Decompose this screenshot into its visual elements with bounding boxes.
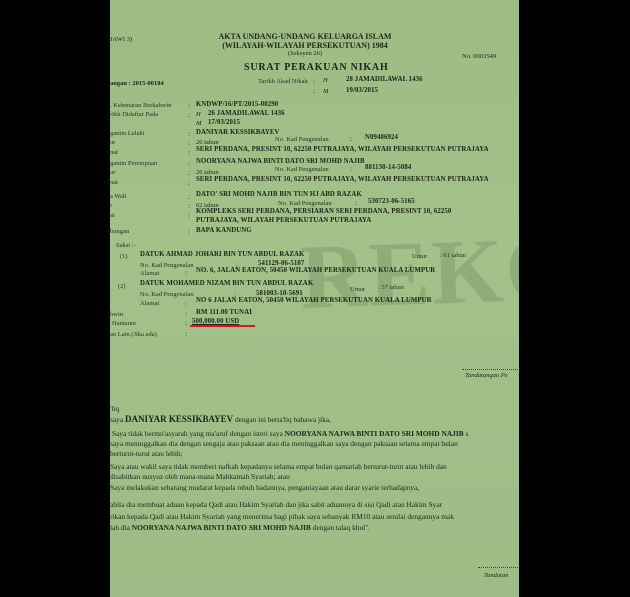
- groom-label: gantin Lelaki: [110, 130, 144, 137]
- witness-name: DATUK MOHAMED NIZAM BIN TUN ABDUL RAZAK: [140, 280, 313, 287]
- groom-name: DANIYAR KESSIKBAYEV: [196, 129, 280, 136]
- akad-date-label: Tarikh Akad Nikah: [258, 78, 308, 85]
- red-highlight-underline: [190, 325, 255, 327]
- hantaran-value: 500,000.00 USD: [192, 318, 239, 325]
- groom-name-bold: DANIYAR KESSIKBAYEV: [125, 414, 233, 424]
- mas-kahwin-label: hwin: [110, 311, 123, 318]
- taliq-clause-3: Saya melakukan sebarang mudarat kepada t…: [110, 483, 419, 492]
- registered-label: rikh Didaftar Pada: [110, 111, 158, 118]
- bride-address: SERI PERDANA, PRESINT 10, 62250 PUTRAJAY…: [196, 176, 489, 183]
- witness-ic: 581003-10-5691: [256, 290, 303, 297]
- signature-line-2: [478, 567, 519, 568]
- wali-ic: 530723-06-5165: [368, 198, 415, 205]
- taliq-clause-2: Saya atau wakil saya tidak memberi nafka…: [110, 462, 447, 471]
- registered-masihi: 17/03/2015: [208, 119, 240, 126]
- wali-address-line1: KOMPLEKS SERI PERDANA, PERSIARAN SERI PE…: [196, 208, 451, 215]
- permission-value: KNDWP/16/PT/2015-00290: [196, 101, 278, 108]
- witness-ic: 541129-06-5107: [258, 260, 304, 267]
- registration-number: angan : 2015-00184: [110, 80, 164, 87]
- form-code: JAWI 3): [110, 36, 132, 43]
- relation-value: BAPA KANDUNG: [196, 227, 252, 234]
- taliq-heading: 'liq: [110, 404, 119, 413]
- act-section: (Seksyen 26): [205, 50, 405, 57]
- signature-line: [462, 369, 519, 370]
- act-title-line2: (WILAYAH-WILAYAH PERSEKUTUAN) 1984: [205, 41, 405, 50]
- marriage-certificate-page: REKOD JAWI 3) AKTA UNDANG-UNDANG KELUARG…: [110, 0, 519, 597]
- mas-kahwin-value: RM 111.00 TUNAI: [196, 309, 252, 316]
- bride-age: 26 tahun: [196, 169, 219, 176]
- serial-number: No. 0003549: [462, 53, 496, 60]
- witness-name: DATUK AHMAD JOHARI BIN TUN ABDUL RAZAK: [140, 251, 304, 258]
- taliq-clause-1: Saya tidak bermu'asyarah yang ma'aruf de…: [112, 429, 468, 438]
- bride-name: NOORYANA NAJWA BINTI DATO SRI MOHD NAJIB: [196, 158, 365, 165]
- bride-ic: 881130-14-5084: [365, 164, 411, 171]
- witness-age: : 57 tahun: [378, 284, 404, 291]
- witness-address: NO. 6, JALAN EATON, 50450 WILAYAH PERSEK…: [196, 267, 435, 274]
- wali-name: DATO' SRI MOHD NAJIB BIN TUN HJ ABD RAZA…: [196, 191, 362, 198]
- registered-hijri: 26 JAMADILAWAL 1436: [208, 110, 285, 117]
- certificate-title: SURAT PERAKUAN NIKAH: [244, 62, 389, 73]
- wali-label: a Wali: [110, 193, 127, 200]
- wali-address-line2: PUTRAJAYA, WILAYAH PERSEKUTUAN PUTRAJAYA: [196, 217, 371, 224]
- akad-date-hijri: 28 JAMADILAWAL 1436: [346, 76, 423, 83]
- witness-address: NO 6 JALAN EATON, 50450 WILAYAH PERSEKUT…: [196, 297, 432, 304]
- act-title-line1: AKTA UNDANG-UNDANG KELUARGA ISLAM: [205, 32, 405, 41]
- bride-label: gantin Perempuan: [110, 160, 157, 167]
- groom-age: 26 tahun: [196, 139, 219, 146]
- groom-ic: N09486924: [365, 134, 398, 141]
- relation-label: bungan: [110, 228, 129, 235]
- akad-date-masihi: 19/03/2015: [346, 87, 378, 94]
- taliq-intro: saya DANIYAR KESSIKBAYEV dengan ini bert…: [110, 414, 331, 424]
- signature-label-2: Tandatan: [484, 572, 508, 579]
- other-label: an Lain (Jika ada): [110, 331, 157, 338]
- witnesses-heading: Saksi :-: [116, 242, 136, 249]
- witness-age: : 61 tahun: [440, 252, 466, 259]
- permission-label: . Kebenaran Berkahwin: [110, 102, 172, 109]
- taliq-clause-4: abila dia membuat aduan kepada Qadi atau…: [110, 500, 442, 509]
- signature-label: Tandatangan Pe: [465, 372, 508, 379]
- hantaran-label: Hantaran: [112, 320, 136, 327]
- groom-address: SERI PERDANA, PRESINT 10, 62250 PUTRAJAY…: [196, 146, 489, 153]
